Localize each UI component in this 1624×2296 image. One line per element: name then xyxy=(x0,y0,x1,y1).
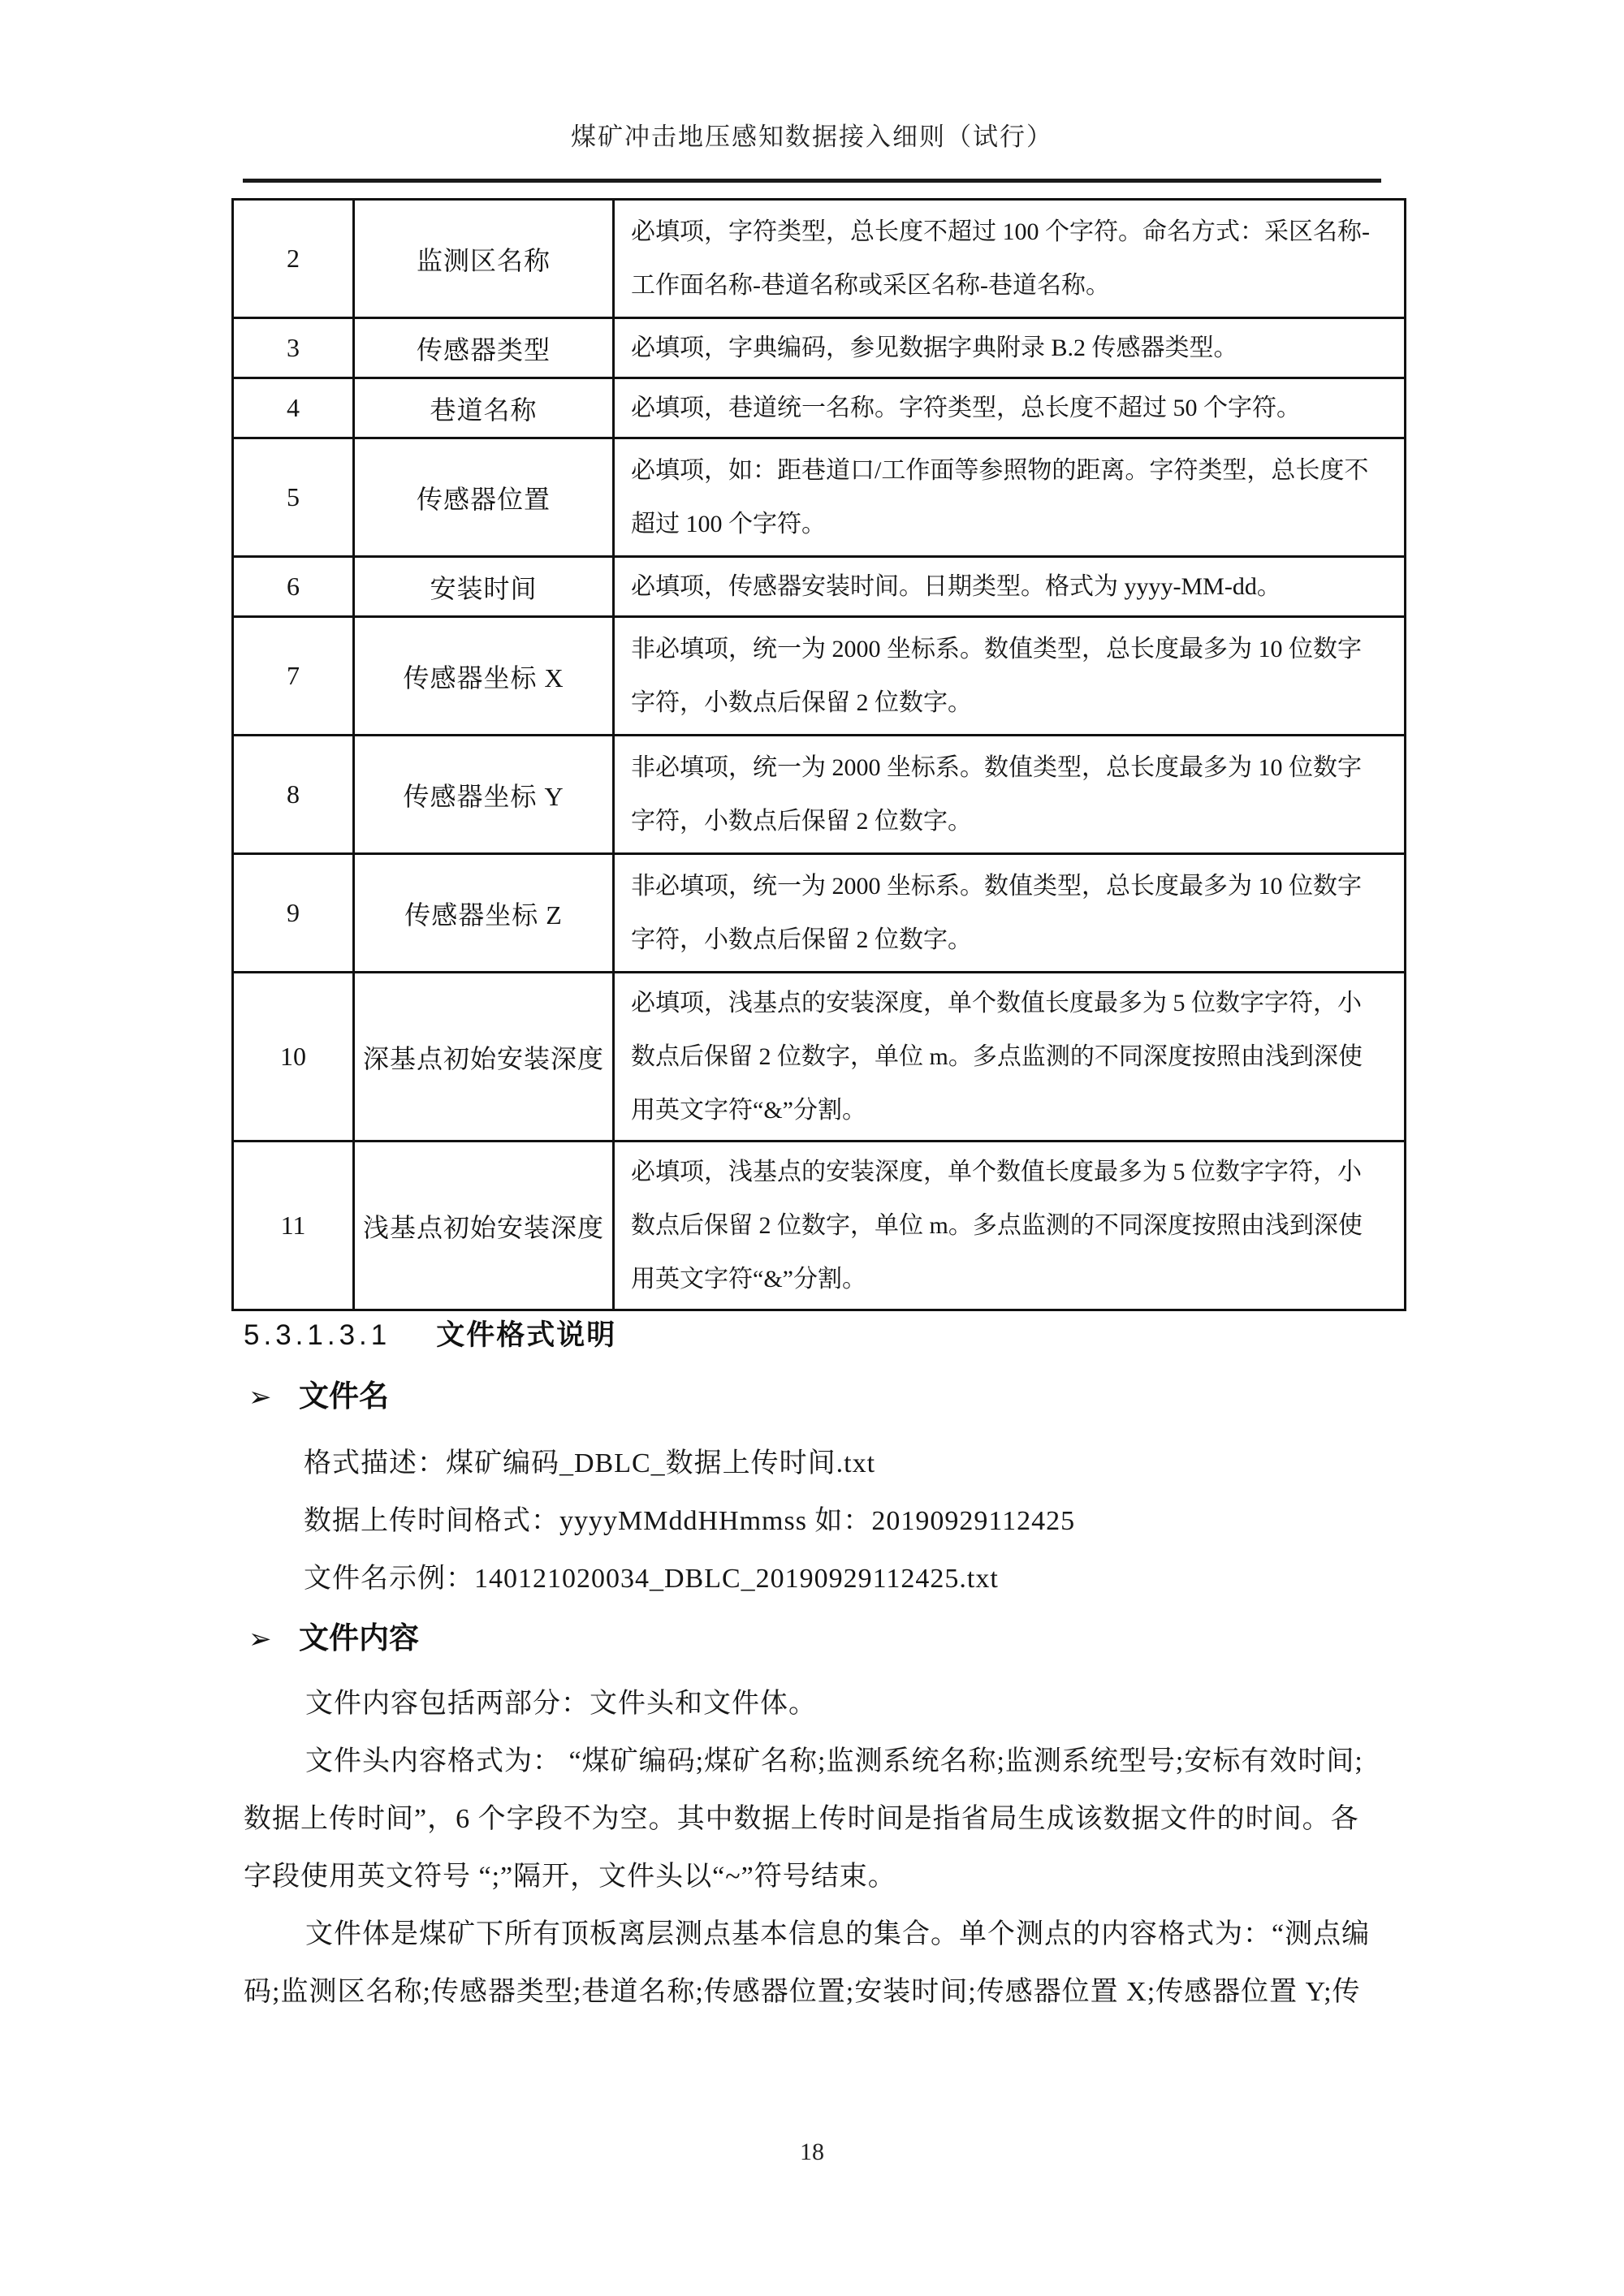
field-description-cell: 必填项，浅基点的安装深度，单个数值长度最多为 5 位数字字符，小 数点后保留 2… xyxy=(614,1142,1406,1310)
table-row: 5传感器位置必填项，如：距巷道口/工作面等参照物的距离。字符类型，总长度不 超过… xyxy=(233,438,1406,557)
table-row: 4巷道名称必填项，巷道统一名称。字符类型，总长度不超过 50 个字符。 xyxy=(233,378,1406,438)
field-description-cell: 必填项，传感器安装时间。日期类型。格式为 yyyy-MM-dd。 xyxy=(614,557,1406,617)
section-number: 5.3.1.3.1 xyxy=(244,1317,391,1354)
document-header-title: 煤矿冲击地压感知数据接入细则（试行） xyxy=(243,122,1381,153)
row-number-cell: 11 xyxy=(233,1142,354,1310)
field-name-cell: 安装时间 xyxy=(354,557,614,617)
table-row: 8传感器坐标 Y非必填项，统一为 2000 坐标系。数值类型，总长度最多为 10… xyxy=(233,736,1406,854)
field-name-cell: 传感器坐标 Y xyxy=(354,736,614,854)
file-content-paragraph-2: 文件头内容格式为： “煤矿编码;煤矿名称;监测系统名称;监测系统型号;安标有效时… xyxy=(244,1733,1406,1905)
field-name-cell: 传感器坐标 Z xyxy=(354,854,614,973)
page-number: 18 xyxy=(0,2138,1624,2166)
section-heading: 5.3.1.3.1 文件格式说明 xyxy=(244,1317,1406,1354)
table-row: 9传感器坐标 Z非必填项，统一为 2000 坐标系。数值类型，总长度最多为 10… xyxy=(233,854,1406,973)
bullet-arrow-icon: ➢ xyxy=(248,1621,299,1657)
field-description-cell: 非必填项，统一为 2000 坐标系。数值类型，总长度最多为 10 位数字 字符，… xyxy=(614,736,1406,854)
filename-bullet-label: 文件名 xyxy=(299,1379,389,1414)
field-description-cell: 必填项，如：距巷道口/工作面等参照物的距离。字符类型，总长度不 超过 100 个… xyxy=(614,438,1406,557)
table-row: 10深基点初始安装深度必填项，浅基点的安装深度，单个数值长度最多为 5 位数字字… xyxy=(233,973,1406,1142)
row-number-cell: 7 xyxy=(233,617,354,736)
row-number-cell: 10 xyxy=(233,973,354,1142)
field-name-cell: 传感器类型 xyxy=(354,318,614,378)
field-description-cell: 必填项，巷道统一名称。字符类型，总长度不超过 50 个字符。 xyxy=(614,378,1406,438)
field-name-cell: 传感器坐标 X xyxy=(354,617,614,736)
field-name-cell: 巷道名称 xyxy=(354,378,614,438)
row-number-cell: 8 xyxy=(233,736,354,854)
row-number-cell: 9 xyxy=(233,854,354,973)
file-content-paragraph-1: 文件内容包括两部分：文件头和文件体。 xyxy=(244,1675,1406,1733)
field-name-cell: 深基点初始安装深度 xyxy=(354,973,614,1142)
field-description-cell: 必填项，浅基点的安装深度，单个数值长度最多为 5 位数字字符，小 数点后保留 2… xyxy=(614,973,1406,1142)
bullet-arrow-icon: ➢ xyxy=(248,1379,299,1415)
file-content-bullet: ➢ 文件内容 xyxy=(244,1621,1406,1657)
field-name-cell: 传感器位置 xyxy=(354,438,614,557)
field-description-cell: 非必填项，统一为 2000 坐标系。数值类型，总长度最多为 10 位数字 字符，… xyxy=(614,854,1406,973)
row-number-cell: 3 xyxy=(233,318,354,378)
row-number-cell: 6 xyxy=(233,557,354,617)
table-row: 2监测区名称必填项，字符类型，总长度不超过 100 个字符。命名方式：采区名称-… xyxy=(233,200,1406,318)
table-row: 11浅基点初始安装深度必填项，浅基点的安装深度，单个数值长度最多为 5 位数字字… xyxy=(233,1142,1406,1310)
field-name-cell: 监测区名称 xyxy=(354,200,614,318)
row-number-cell: 5 xyxy=(233,438,354,557)
field-name-cell: 浅基点初始安装深度 xyxy=(354,1142,614,1310)
table-row: 3传感器类型必填项，字典编码，参见数据字典附录 B.2 传感器类型。 xyxy=(233,318,1406,378)
table-row: 6安装时间必填项，传感器安装时间。日期类型。格式为 yyyy-MM-dd。 xyxy=(233,557,1406,617)
file-content-paragraph-3: 文件体是煤矿下所有顶板离层测点基本信息的集合。单个测点的内容格式为：“测点编 码… xyxy=(244,1905,1406,2021)
row-number-cell: 2 xyxy=(233,200,354,318)
field-description-cell: 必填项，字符类型，总长度不超过 100 个字符。命名方式：采区名称- 工作面名称… xyxy=(614,200,1406,318)
section-title: 文件格式说明 xyxy=(436,1317,616,1354)
file-content-bullet-label: 文件内容 xyxy=(299,1621,419,1656)
filename-bullet: ➢ 文件名 xyxy=(244,1379,1406,1415)
filename-detail-lines: 格式描述：煤矿编码_DBLC_数据上传时间.txt 数据上传时间格式：yyyyM… xyxy=(304,1435,1406,1608)
header-divider-rule xyxy=(243,179,1381,183)
field-spec-table-body: 2监测区名称必填项，字符类型，总长度不超过 100 个字符。命名方式：采区名称-… xyxy=(233,200,1406,1310)
field-description-cell: 必填项，字典编码，参见数据字典附录 B.2 传感器类型。 xyxy=(614,318,1406,378)
field-description-cell: 非必填项，统一为 2000 坐标系。数值类型，总长度最多为 10 位数字 字符，… xyxy=(614,617,1406,736)
file-format-section: 5.3.1.3.1 文件格式说明 ➢ 文件名 格式描述：煤矿编码_DBLC_数据… xyxy=(244,1317,1406,2021)
table-row: 7传感器坐标 X非必填项，统一为 2000 坐标系。数值类型，总长度最多为 10… xyxy=(233,617,1406,736)
field-spec-table: 2监测区名称必填项，字符类型，总长度不超过 100 个字符。命名方式：采区名称-… xyxy=(231,198,1406,1311)
row-number-cell: 4 xyxy=(233,378,354,438)
